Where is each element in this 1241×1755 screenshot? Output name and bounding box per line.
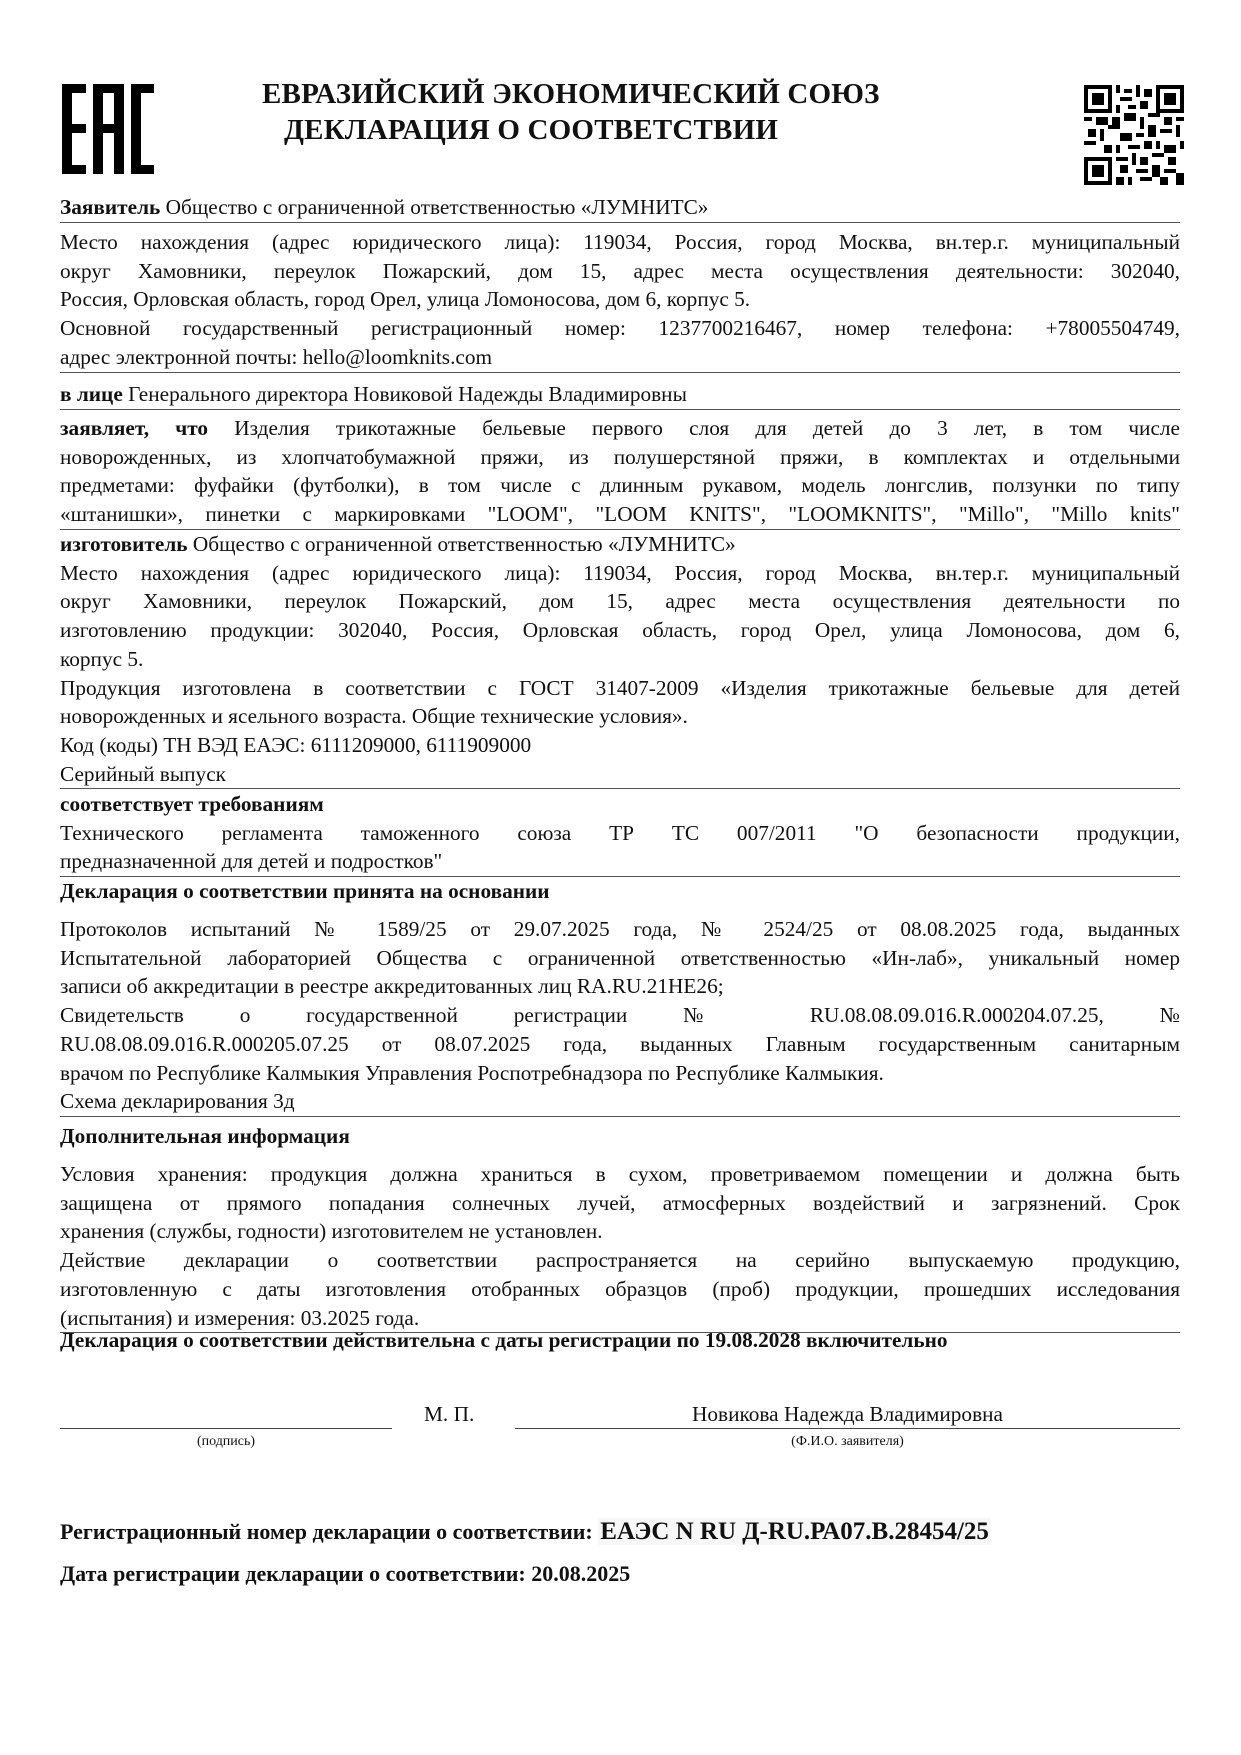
declares-line: предметами: фуфайки (футболки), в том чи… [60,471,1180,500]
basis-line: записи об аккредитации в реестре аккреди… [60,972,1180,1001]
document-title: ДЕКЛАРАЦИЯ О СООТВЕТСТВИИ [284,114,778,147]
manufacturer-label: изготовитель [60,532,188,556]
declares-line: Изделия трикотажные бельевые первого сло… [234,416,1180,440]
basis-line: Протоколов испытаний № 1589/25 от 29.07.… [60,915,1180,944]
requirements-label: соответствует требованиям [60,792,324,816]
manufacturer-address-line: округ Хамовники, переулок Пожарский, дом… [60,587,1180,616]
registration-date-value: 20.08.2025 [531,1561,630,1586]
union-title: ЕВРАЗИЙСКИЙ ЭКОНОМИЧЕСКИЙ СОЮЗ [262,78,880,111]
representative-row: в лице Генерального директора Новиковой … [60,380,1180,410]
declaration-scheme: Схема декларирования 3д [60,1087,1180,1116]
additional-line: Условия хранения: продукция должна храни… [60,1160,1180,1189]
manufacturer-block: изготовитель Общество с ограниченной отв… [60,530,1180,789]
applicant-address-line: Место нахождения (адрес юридического лиц… [60,228,1180,257]
basis-heading-row: Декларация о соответствии принята на осн… [60,877,1180,906]
applicant-name: Новикова Надежда Владимировна [515,1402,1180,1427]
additional-heading-row: Дополнительная информация [60,1122,1180,1151]
additional-line: хранения (службы, годности) изготовителе… [60,1217,1180,1246]
requirements-block: соответствует требованиям Технического р… [60,790,1180,877]
applicant-value: Общество с ограниченной ответственностью… [166,195,709,219]
manufacturer-value: Общество с ограниченной ответственностью… [193,532,736,556]
applicant-address-block: Место нахождения (адрес юридического лиц… [60,228,1180,373]
additional-line: Действие декларации о соответствии распр… [60,1246,1180,1275]
release-type: Серийный выпуск [60,760,1180,789]
applicant-address-line: округ Хамовники, переулок Пожарский, дом… [60,257,1180,286]
applicant-email-line: адрес электронной почты: hello@loomknits… [60,343,1180,372]
validity-statement: Декларация о соответствии действительна … [60,1328,948,1353]
representative-value: Генерального директора Новиковой Надежды… [128,382,687,406]
registration-number-row: Регистрационный номер декларации о соотв… [60,1518,991,1546]
applicant-label: Заявитель [60,195,160,219]
declares-line: новорожденных, из хлопчатобумажной пряжи… [60,443,1180,472]
declares-line: «штанишки», пинетки с маркировками "LOOM… [60,500,1180,529]
applicant-row: Заявитель Общество с ограниченной ответс… [60,193,1180,223]
standard-line: Продукция изготовлена в соответствии с Г… [60,674,1180,703]
additional-label: Дополнительная информация [60,1124,350,1148]
registration-date-label: Дата регистрации декларации о соответств… [60,1561,526,1586]
registration-number-value: ЕАЭС N RU Д-RU.РА07.В.28454/25 [598,1518,991,1545]
manufacturer-address-line: корпус 5. [60,645,1180,674]
additional-block: Условия хранения: продукция должна храни… [60,1160,1180,1333]
basis-line: врачом по Республике Калмыкия Управления… [60,1059,1180,1088]
basis-label: Декларация о соответствии принята на осн… [60,879,550,903]
tn-ved-codes: Код (коды) ТН ВЭД ЕАЭС: 6111209000, 6111… [60,731,1180,760]
manufacturer-address-line: изготовлению продукции: 302040, Россия, … [60,616,1180,645]
applicant-address-line: Россия, Орловская область, город Орел, у… [60,285,1180,314]
applicant-ogrn-line: Основной государственный регистрационный… [60,314,1180,343]
basis-line: RU.08.08.09.016.R.000205.07.25 от 08.07.… [60,1030,1180,1059]
requirements-line: Технического регламента таможенного союз… [60,819,1180,848]
eac-logo-icon [62,84,154,174]
applicant-name-line [515,1428,1180,1429]
signature-caption: (подпись) [60,1434,392,1450]
name-caption: (Ф.И.О. заявителя) [515,1434,1180,1450]
qr-code-icon[interactable] [1083,85,1185,185]
registration-date-row: Дата регистрации декларации о соответств… [60,1561,630,1587]
basis-line: Испытательной лабораторией Общества с ог… [60,944,1180,973]
stamp-placeholder: М. П. [424,1402,474,1427]
declares-block: заявляет, что Изделия трикотажные бельев… [60,414,1180,530]
standard-line: новорожденных и ясельного возраста. Общи… [60,702,1180,731]
requirements-line: предназначенной для детей и подростков" [60,847,1180,876]
signature-line[interactable] [60,1428,392,1429]
declares-label: заявляет, что [60,416,208,440]
basis-line: Свидетельств о государственной регистрац… [60,1001,1180,1030]
additional-line: изготовленную с даты изготовления отобра… [60,1275,1180,1304]
registration-number-label: Регистрационный номер декларации о соотв… [60,1519,593,1544]
representative-label: в лице [60,382,123,406]
manufacturer-address-line: Место нахождения (адрес юридического лиц… [60,559,1180,588]
additional-line: защищена от прямого попадания солнечных … [60,1189,1180,1218]
basis-block: Протоколов испытаний № 1589/25 от 29.07.… [60,915,1180,1117]
